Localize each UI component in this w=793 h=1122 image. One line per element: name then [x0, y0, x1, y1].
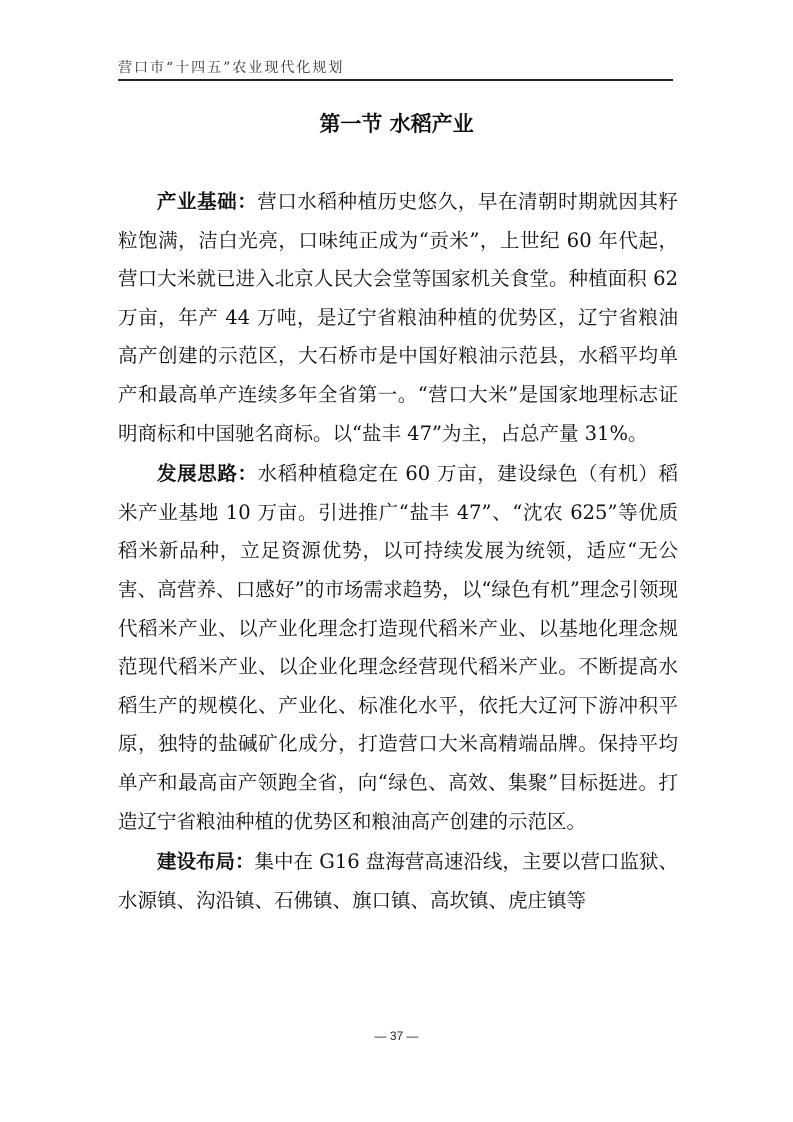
paragraph-text: 水稻种植稳定在 60 万亩，建设绿色（有机）稻米产业基地 10 万亩。引进推广“…	[118, 462, 678, 832]
paragraph-lead: 建设布局：	[157, 850, 255, 873]
paragraph-lead: 发展思路：	[157, 462, 258, 485]
running-header: 营口市“十四五”农业现代化规划	[118, 55, 673, 81]
page-number: — 37 —	[0, 1029, 793, 1043]
running-title: 营口市“十四五”农业现代化规划	[118, 57, 344, 77]
paragraph-text: 营口水稻种植历史悠久，早在清朝时期就因其籽粒饱满，洁白光亮，口味纯正成为“贡米”…	[118, 190, 678, 445]
paragraph-lead: 产业基础：	[157, 190, 257, 213]
paragraph-development-approach: 发展思路：水稻种植稳定在 60 万亩，建设绿色（有机）稻米产业基地 10 万亩。…	[118, 455, 678, 841]
paragraph-industry-foundation: 产业基础：营口水稻种植历史悠久，早在清朝时期就因其籽粒饱满，洁白光亮，口味纯正成…	[118, 183, 678, 453]
paragraph-construction-layout: 建设布局：集中在 G16 盘海营高速沿线，主要以营口监狱、水源镇、沟沿镇、石佛镇…	[118, 843, 678, 920]
document-body: 产业基础：营口水稻种植历史悠久，早在清朝时期就因其籽粒饱满，洁白光亮，口味纯正成…	[118, 183, 678, 920]
section-title: 第一节 水稻产业	[0, 108, 793, 138]
